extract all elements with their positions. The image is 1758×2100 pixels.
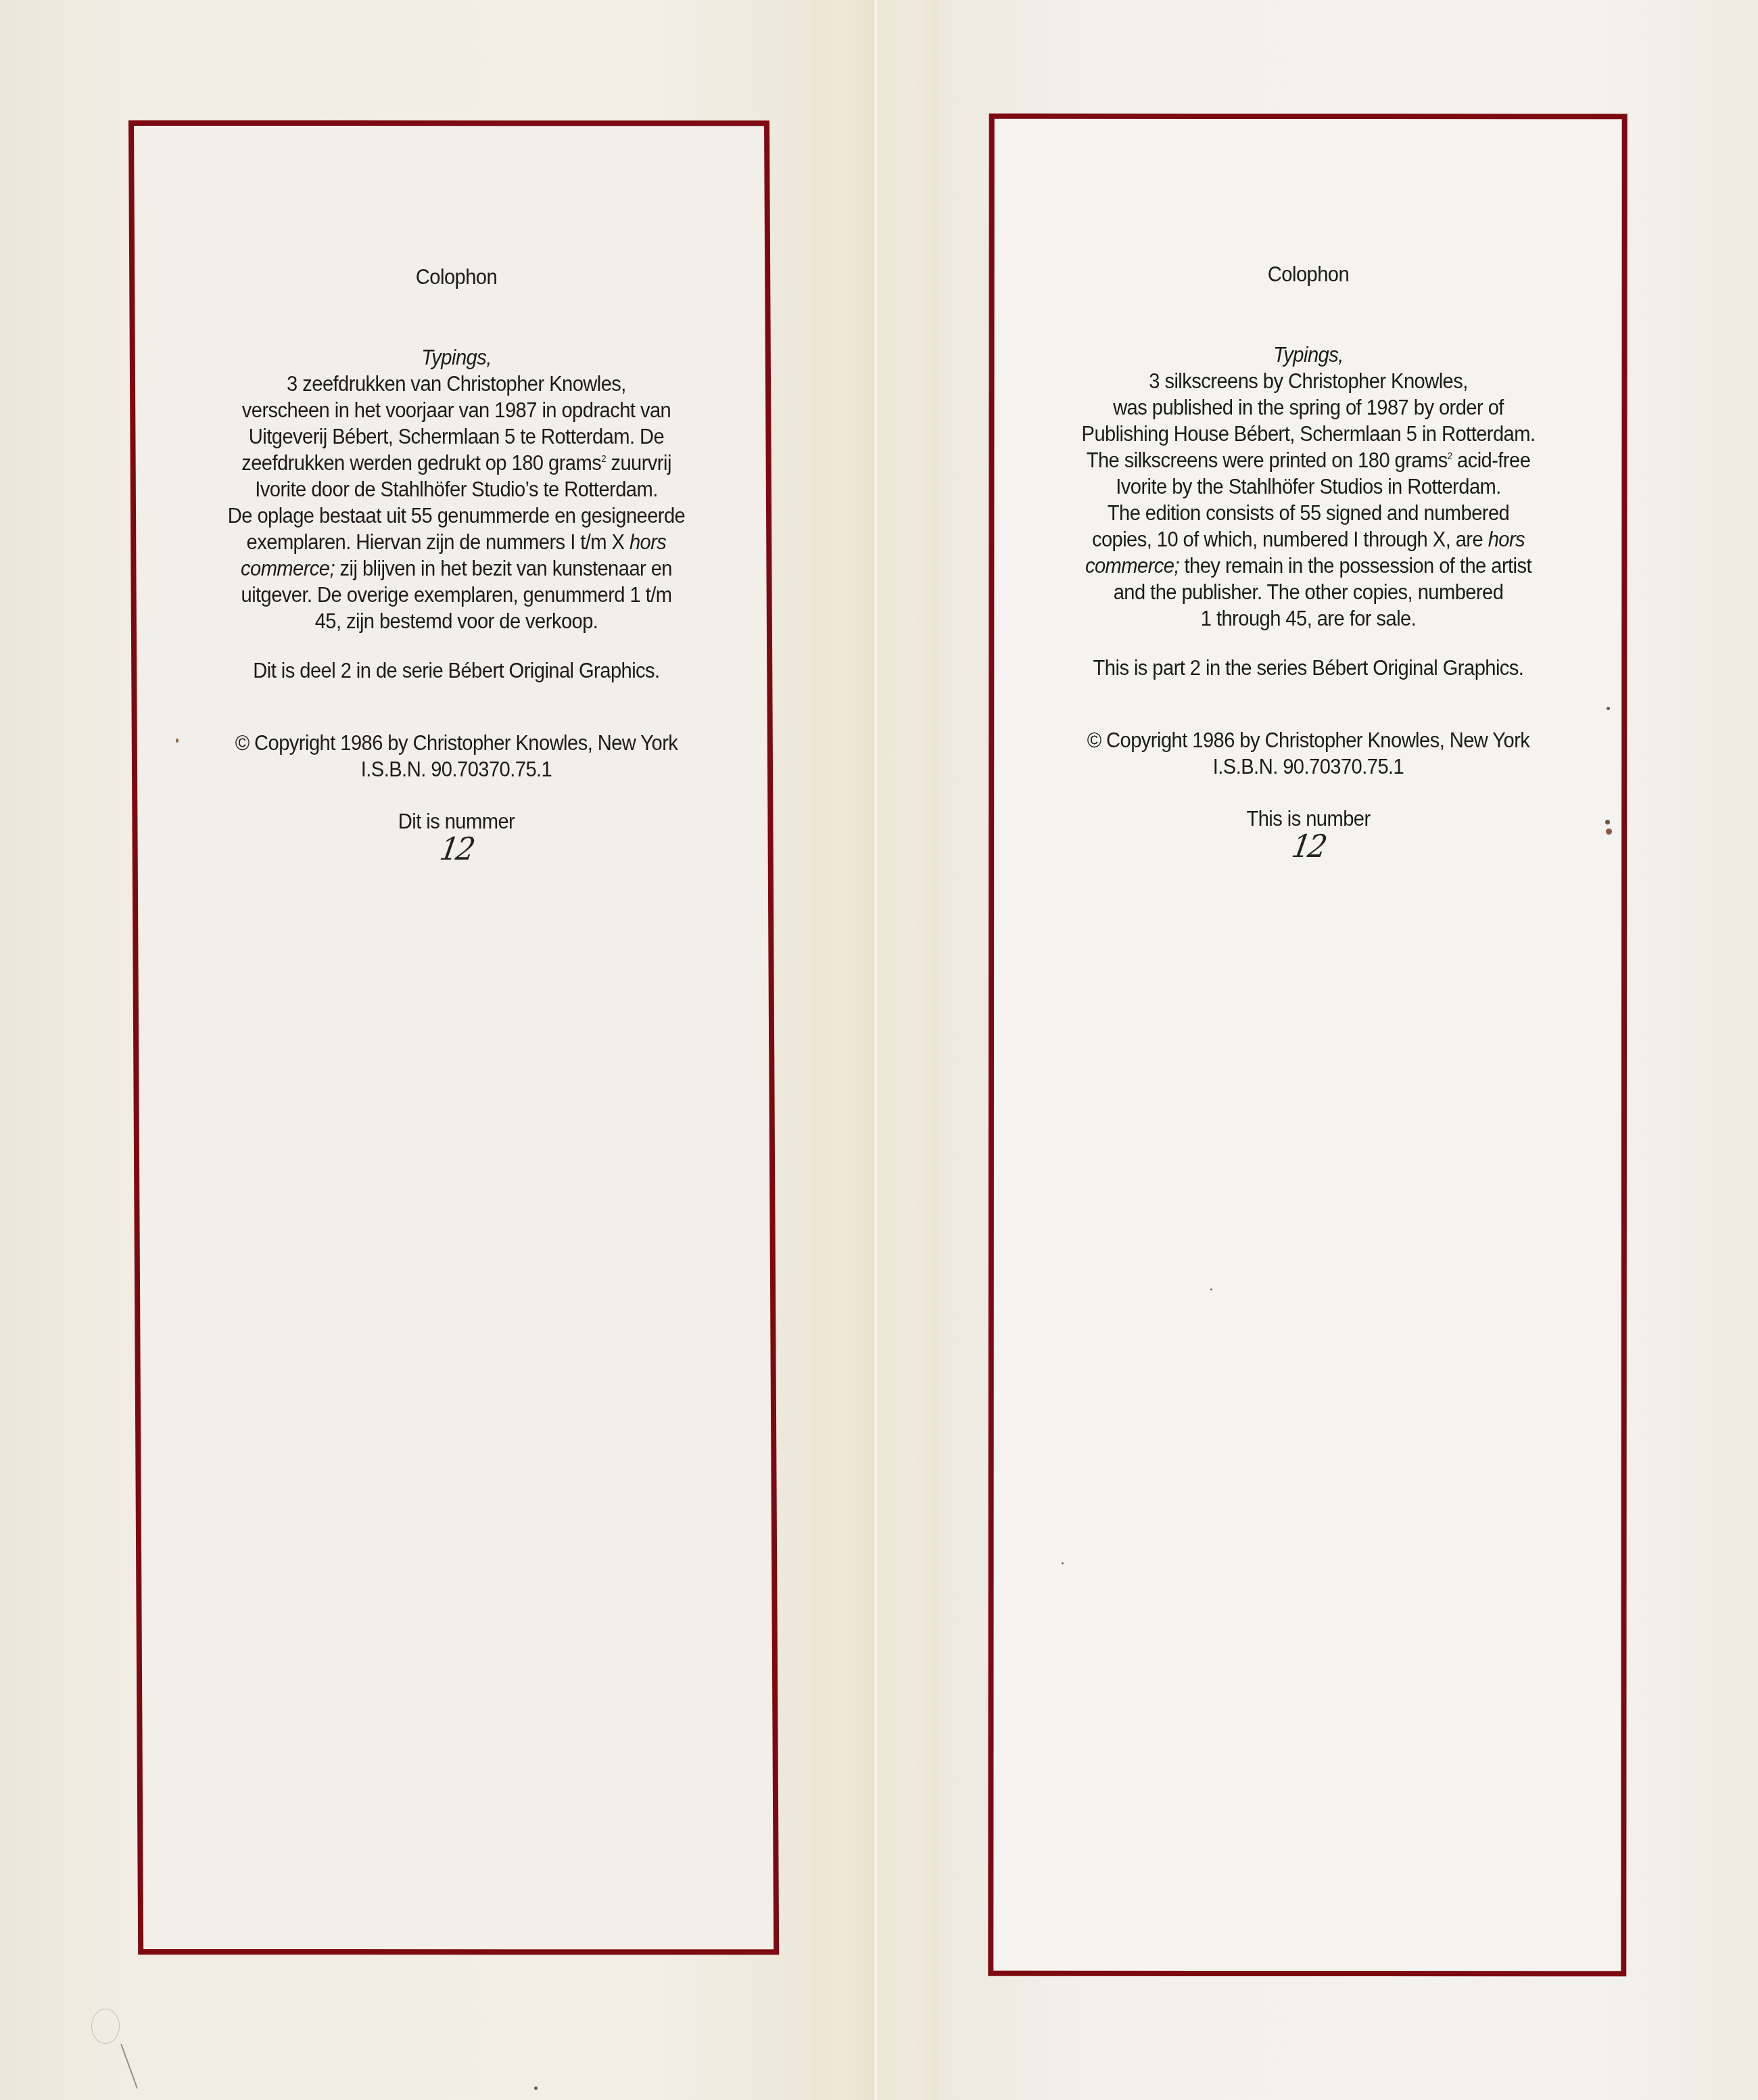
pencil-mark bbox=[91, 2009, 120, 2044]
copyright-block: © Copyright 1986 by Christopher Knowles,… bbox=[174, 730, 740, 783]
body-line: verscheen in het voorjaar van 1987 in op… bbox=[174, 397, 740, 423]
paper-speck bbox=[1607, 707, 1610, 710]
paper-speck bbox=[534, 2086, 538, 2090]
paper-speck bbox=[1062, 1562, 1064, 1564]
superscript: 2 bbox=[601, 453, 606, 464]
body-text-segment: zuurvrij bbox=[606, 451, 671, 475]
colophon-heading: Colophon bbox=[174, 264, 740, 290]
paper-speck bbox=[176, 739, 179, 743]
colophon-body: Typings, 3 silkscreens by Christopher Kn… bbox=[1028, 342, 1588, 632]
body-line: uitgever. De overige exemplaren, genumme… bbox=[174, 582, 740, 608]
body-text-segment: exemplaren. Hiervan zijn de nummers I t/… bbox=[247, 530, 625, 554]
colophon-heading: Colophon bbox=[1028, 261, 1588, 287]
colophon-dutch: Colophon Typings, 3 zeefdrukken van Chri… bbox=[174, 264, 740, 864]
copyright-block: © Copyright 1986 by Christopher Knowles,… bbox=[1028, 727, 1588, 780]
body-line: exemplaren. Hiervan zijn de nummers I t/… bbox=[174, 529, 740, 555]
isbn-line: I.S.B.N. 90.70370.75.1 bbox=[1028, 753, 1588, 780]
fold-strip bbox=[877, 0, 938, 2100]
body-line: commerce; they remain in the possession … bbox=[1028, 553, 1588, 579]
body-line: De oplage bestaat uit 55 genummerde en g… bbox=[174, 503, 740, 529]
body-line: 45, zijn bestemd voor de verkoop. bbox=[174, 608, 740, 634]
paper-speck bbox=[1605, 820, 1610, 824]
copyright-line: © Copyright 1986 by Christopher Knowles,… bbox=[1028, 727, 1588, 753]
body-line: zeefdrukken werden gedrukt op 180 grams2… bbox=[174, 450, 740, 476]
series-note: Dit is deel 2 in de serie Bébert Origina… bbox=[174, 657, 740, 684]
edition-number-handwritten: 12 bbox=[1026, 831, 1591, 862]
body-line: The silkscreens were printed on 180 gram… bbox=[1028, 447, 1588, 473]
body-line: 3 silkscreens by Christopher Knowles, bbox=[1028, 368, 1588, 394]
body-line: copies, 10 of which, numbered I through … bbox=[1028, 526, 1588, 553]
body-text-segment: zeefdrukken werden gedrukt op 180 grams bbox=[241, 451, 601, 475]
italic-segment: commerce; bbox=[1085, 554, 1179, 578]
colophon-english: Colophon Typings, 3 silkscreens by Chris… bbox=[1028, 261, 1588, 862]
isbn-line: I.S.B.N. 90.70370.75.1 bbox=[174, 756, 740, 783]
copyright-line: © Copyright 1986 by Christopher Knowles,… bbox=[174, 730, 740, 756]
colophon-body: Typings, 3 zeefdrukken van Christopher K… bbox=[174, 344, 740, 634]
body-line: commerce; zij blijven in het bezit van k… bbox=[174, 555, 740, 582]
body-text-segment: acid-free bbox=[1452, 448, 1530, 472]
italic-segment: hors bbox=[624, 530, 666, 554]
work-title: Typings, bbox=[1028, 342, 1588, 368]
body-line: and the publisher. The other copies, num… bbox=[1028, 579, 1588, 605]
paper-speck bbox=[1606, 829, 1612, 835]
edition-number-handwritten: 12 bbox=[171, 833, 742, 864]
body-line: 1 through 45, are for sale. bbox=[1028, 605, 1588, 632]
body-line: Uitgeverij Bébert, Schermlaan 5 te Rotte… bbox=[174, 423, 740, 450]
fold-strip bbox=[811, 0, 876, 2100]
body-text-segment: zij blijven in het bezit van kunstenaar … bbox=[335, 557, 672, 580]
body-text-segment: The silkscreens were printed on 180 gram… bbox=[1087, 448, 1448, 472]
paper-speck bbox=[1210, 1288, 1212, 1290]
body-line: Publishing House Bébert, Schermlaan 5 in… bbox=[1028, 421, 1588, 447]
body-line: The edition consists of 55 signed and nu… bbox=[1028, 500, 1588, 526]
italic-segment: hors bbox=[1483, 528, 1525, 551]
body-text-segment: copies, 10 of which, numbered I through … bbox=[1092, 528, 1483, 551]
work-title: Typings, bbox=[174, 344, 740, 371]
body-line: Ivorite door de Stahlhöfer Studio’s te R… bbox=[174, 476, 740, 503]
series-note: This is part 2 in the series Bébert Orig… bbox=[1028, 655, 1588, 681]
italic-segment: commerce; bbox=[241, 557, 335, 580]
body-text-segment: they remain in the possession of the art… bbox=[1179, 554, 1531, 578]
body-line: was published in the spring of 1987 by o… bbox=[1028, 394, 1588, 421]
body-line: 3 zeefdrukken van Christopher Knowles, bbox=[174, 371, 740, 397]
body-line: Ivorite by the Stahlhöfer Studios in Rot… bbox=[1028, 473, 1588, 500]
